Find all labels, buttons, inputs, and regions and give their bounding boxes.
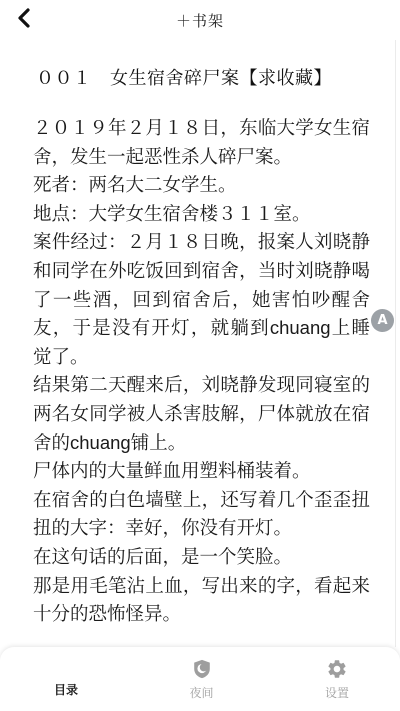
paragraph: 地点：大学女生宿舍楼３１１室。 [33,200,370,229]
nav-item-catalog[interactable]: 目录 [26,653,106,705]
add-to-bookshelf-button[interactable]: ＋书架 [0,10,400,31]
chevron-left-icon [16,8,32,33]
font-size-button[interactable]: A [371,309,394,332]
top-bar: ＋书架 [0,0,400,40]
nav-item-settings[interactable]: 设置 [297,653,377,705]
paragraph: 在这句话的后面，是一个笑脸。 [33,543,370,572]
scrollbar-track[interactable] [395,0,396,647]
menu-icon [56,661,76,677]
paragraph: 那是用毛笔沾上血，写出来的字，看起来十分的恐怖怪异。 [33,572,370,629]
chapter-title: ００１ 女生宿舍碎尸案【求收藏】 [33,64,370,90]
paragraph: 在宿舍的白色墙壁上，还写着几个歪歪扭扭的大字：幸好，你没有开灯。 [33,486,370,543]
reader-content[interactable]: ００１ 女生宿舍碎尸案【求收藏】 ２０１９年２月１８日，东临大学女生宿舍，发生一… [0,40,400,711]
bottom-nav: 目录 夜间 设置 [0,647,400,711]
paragraph: 结果第二天醒来后，刘晓静发现同寝室的两名女同学被人杀害肢解，尸体就放在宿舍的ch… [33,371,370,457]
nav-label-night-mode: 夜间 [189,684,213,701]
night-mode-icon [191,658,213,680]
paragraph: 案件经过：２月１８日晚，报案人刘晓静和同学在外吃饭回到宿舍，当时刘晓静喝了一些酒… [33,228,370,371]
back-button[interactable] [6,2,42,38]
chapter-body: ２０１９年２月１８日，东临大学女生宿舍，发生一起恶性杀人碎尸案。 死者：两名大二… [33,114,370,686]
font-size-button-label: A [377,313,387,328]
paragraph: 死者：两名大二女学生。 [33,171,370,200]
nav-label-catalog: 目录 [54,681,78,698]
nav-label-settings: 设置 [325,684,349,701]
nav-item-night-mode[interactable]: 夜间 [162,653,242,705]
settings-gear-icon [326,658,348,680]
paragraph: 尸体内的大量鲜血用塑料桶装着。 [33,457,370,486]
paragraph: ２０１９年２月１８日，东临大学女生宿舍，发生一起恶性杀人碎尸案。 [33,114,370,171]
